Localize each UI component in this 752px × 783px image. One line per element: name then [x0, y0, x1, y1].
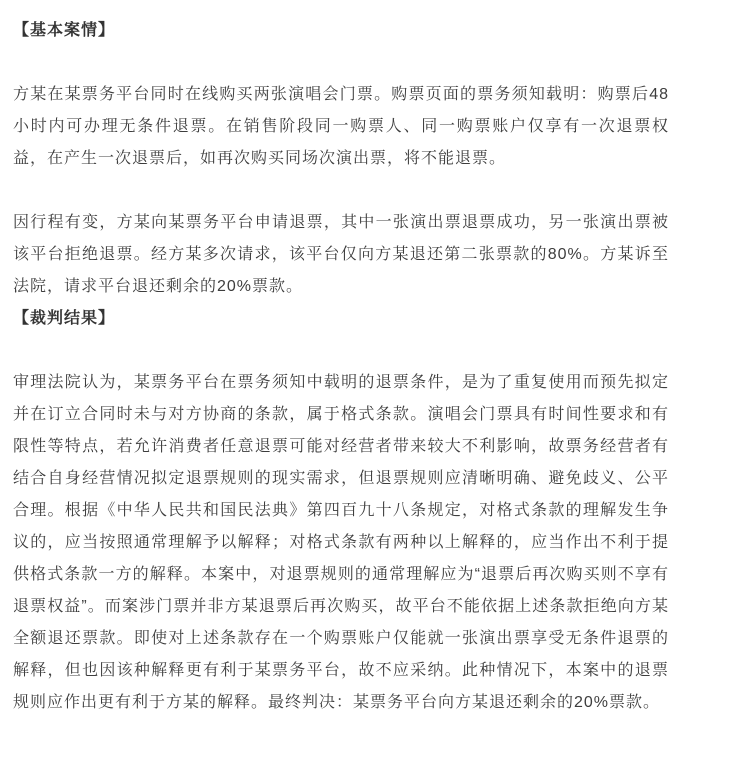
paragraph-court-reasoning: 审理法院认为，某票务平台在票务须知中载明的退票条件，是为了重复使用而预先拟定并在…	[13, 367, 669, 719]
heading-basic-facts: 【基本案情】	[13, 15, 669, 47]
paragraph-purchase-facts: 方某在某票务平台同时在线购买两张演唱会门票。购票页面的票务须知载明：购票后48小…	[13, 79, 669, 175]
paragraph-refund-dispute: 因行程有变，方某向某票务平台申请退票，其中一张演出票退票成功，另一张演出票被该平…	[13, 207, 669, 303]
section-basic-facts: 【基本案情】 方某在某票务平台同时在线购买两张演唱会门票。购票页面的票务须知载明…	[13, 15, 669, 303]
heading-judgment-result: 【裁判结果】	[13, 303, 669, 335]
section-judgment-result: 【裁判结果】 审理法院认为，某票务平台在票务须知中载明的退票条件，是为了重复使用…	[13, 303, 669, 719]
case-document: 【基本案情】 方某在某票务平台同时在线购买两张演唱会门票。购票页面的票务须知载明…	[0, 0, 752, 722]
